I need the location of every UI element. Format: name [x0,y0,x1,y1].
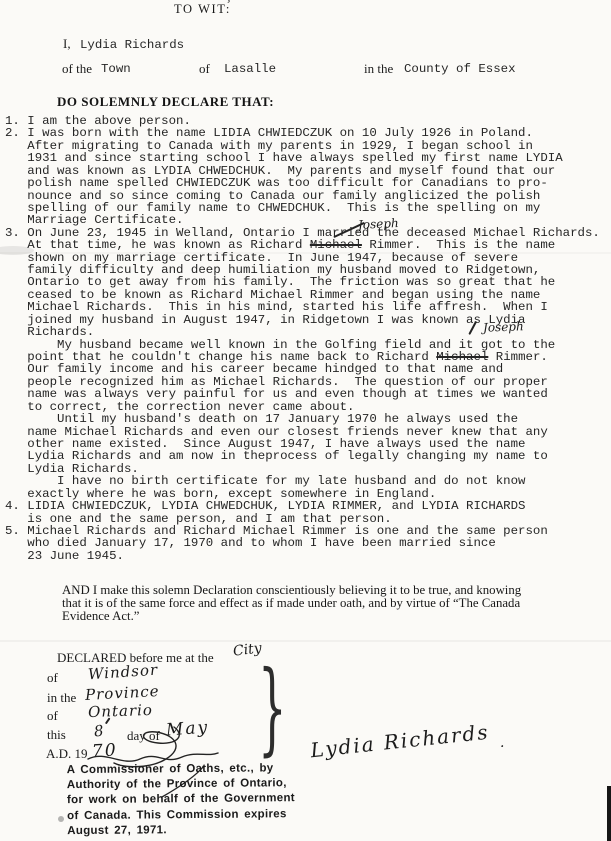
paper-crease [0,640,611,642]
scanned-declaration-document: TO WIT: ʼ I, Lydia Richards of the Town … [0,0,611,841]
signature-period: . [500,735,504,751]
closing-paragraph: AND I make this solemn Declaration consc… [62,584,587,623]
commissioner-stamp: A Commissioner of Oaths, etc., byAuthori… [67,761,328,839]
printed-i-label: I, [63,36,71,52]
jurat-brace: } [258,656,287,760]
paper-crease-2 [0,252,611,254]
closing-line: that it is of the same force and effect … [62,597,587,610]
municipality-type: Town [101,62,131,76]
of-label-jurat-2: of [47,708,58,724]
handwritten-windsor: Windsor [87,661,158,684]
in-the-label: in the [364,61,393,77]
closing-line: Evidence Act.” [62,610,587,623]
county-name: County of Essex [404,62,516,76]
handwritten-joseph-2: Joseph [483,319,524,334]
stamp-line: August 27, 1971. [67,822,327,839]
declarant-name: Lydia Richards [80,38,184,52]
of-label: of [199,61,210,77]
body-line: 23 June 1945. [5,550,609,562]
of-the-label: of the [62,61,92,77]
declare-heading: DO SOLEMNLY DECLARE THAT: [57,94,274,110]
scan-speck [58,816,64,822]
municipality-name: Lasalle [224,62,276,76]
declarant-signature: Lydia Richards [309,720,490,763]
handwritten-ontario: Ontario [88,701,154,721]
in-the-label-jurat: in the [47,690,76,706]
this-label: this [47,727,66,743]
stamp-line: for work on behalf of the Government [67,791,327,808]
handwritten-joseph-1: Joseph [358,216,399,232]
of-label-jurat-1: of [47,670,58,686]
to-wit-heading: TO WIT: [174,2,231,17]
declaration-body: 1. I am the above person.2. I was born w… [5,115,609,562]
scan-edge-artifact [607,786,611,841]
